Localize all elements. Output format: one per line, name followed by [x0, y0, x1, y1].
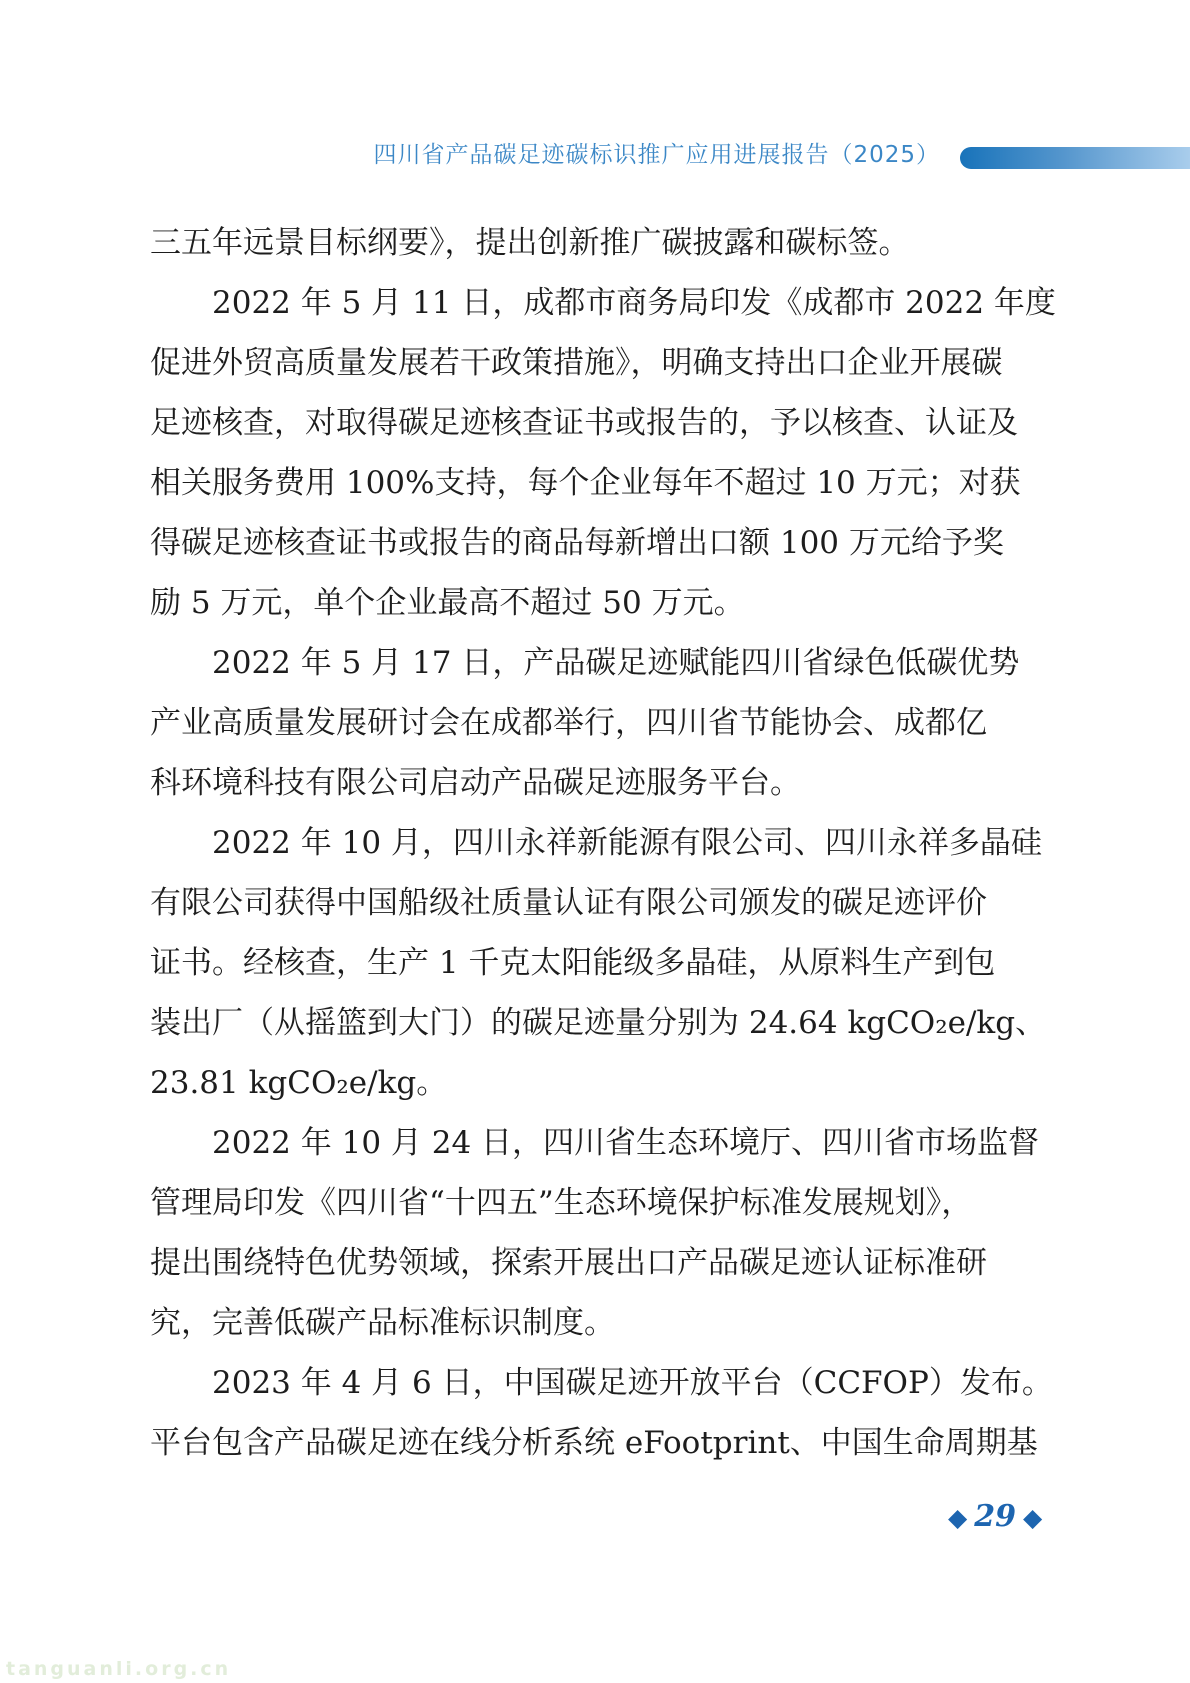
- page-footer: ◆ 29 ◆: [948, 1502, 1042, 1532]
- body-line: 23.81 kgCO₂e/kg。: [150, 1053, 965, 1113]
- body-line: 足迹核查，对取得碳足迹核查证书或报告的，予以核查、认证及: [150, 393, 965, 453]
- header-accent-bar: [960, 147, 1190, 169]
- diamond-icon: ◆: [1023, 1505, 1042, 1530]
- body-line: 科环境科技有限公司启动产品碳足迹服务平台。: [150, 753, 965, 813]
- body-line: 2023 年 4 月 6 日，中国碳足迹开放平台（CCFOP）发布。: [150, 1353, 965, 1413]
- body-line: 2022 年 10 月 24 日，四川省生态环境厅、四川省市场监督: [150, 1113, 965, 1173]
- body-line: 管理局印发《四川省“十四五”生态环境保护标准发展规划》，: [150, 1173, 965, 1233]
- body-line: 2022 年 10 月，四川永祥新能源有限公司、四川永祥多晶硅: [150, 813, 965, 873]
- body-text: 三五年远景目标纲要》，提出创新推广碳披露和碳标签。 2022 年 5 月 11 …: [150, 213, 965, 1473]
- body-line: 装出厂（从摇篮到大门）的碳足迹量分别为 24.64 kgCO₂e/kg、: [150, 993, 965, 1053]
- body-line: 促进外贸高质量发展若干政策措施》，明确支持出口企业开展碳: [150, 333, 965, 393]
- body-line: 提出围绕特色优势领域，探索开展出口产品碳足迹认证标准研: [150, 1233, 965, 1293]
- report-page: 四川省产品碳足迹碳标识推广应用进展报告（2025） 三五年远景目标纲要》，提出创…: [0, 0, 1190, 1683]
- body-line: 三五年远景目标纲要》，提出创新推广碳披露和碳标签。: [150, 213, 965, 273]
- page-number: 29: [974, 1502, 1016, 1532]
- body-line: 励 5 万元，单个企业最高不超过 50 万元。: [150, 573, 965, 633]
- watermark: tanguanli.org.cn: [6, 1658, 231, 1680]
- body-line: 有限公司获得中国船级社质量认证有限公司颁发的碳足迹评价: [150, 873, 965, 933]
- body-line: 得碳足迹核查证书或报告的商品每新增出口额 100 万元给予奖: [150, 513, 965, 573]
- body-line: 证书。经核查，生产 1 千克太阳能级多晶硅，从原料生产到包: [150, 933, 965, 993]
- body-line: 相关服务费用 100%支持，每个企业每年不超过 10 万元；对获: [150, 453, 965, 513]
- body-line: 2022 年 5 月 11 日，成都市商务局印发《成都市 2022 年度: [150, 273, 965, 333]
- body-line: 产业高质量发展研讨会在成都举行，四川省节能协会、成都亿: [150, 693, 965, 753]
- body-line: 2022 年 5 月 17 日，产品碳足迹赋能四川省绿色低碳优势: [150, 633, 965, 693]
- body-line: 究，完善低碳产品标准标识制度。: [150, 1293, 965, 1353]
- body-line: 平台包含产品碳足迹在线分析系统 eFootprint、中国生命周期基: [150, 1413, 965, 1473]
- running-header-title: 四川省产品碳足迹碳标识推广应用进展报告（2025）: [373, 141, 940, 169]
- diamond-icon: ◆: [948, 1505, 967, 1530]
